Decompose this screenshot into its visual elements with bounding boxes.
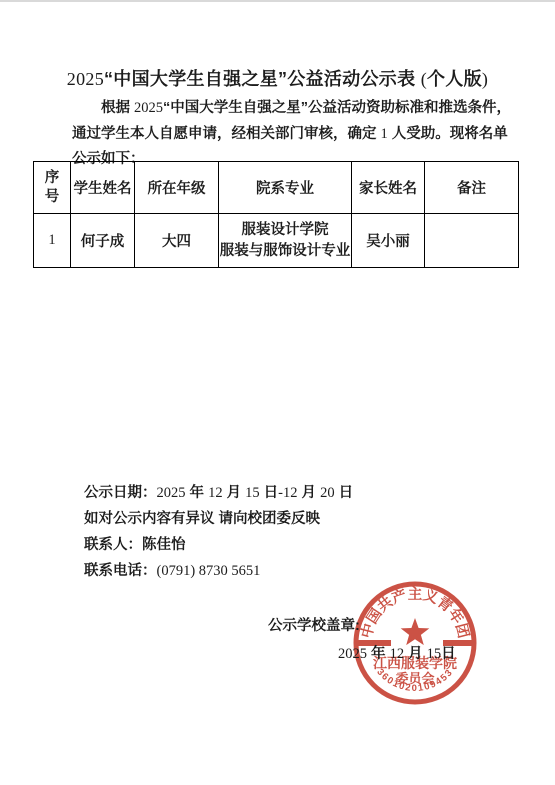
- department-line2: 服装与服饰设计专业: [219, 241, 351, 262]
- intro-line: 根据 2025“中国大学生自强之星”公益活动资助标准和推选条件，: [72, 96, 490, 122]
- publicity-date-line: 公示日期：2025 年 12 月 15 日-12 月 20 日: [84, 480, 353, 506]
- table-header-row: 序号 学生姓名 所在年级 院系专业 家长姓名 备注: [34, 162, 519, 214]
- table-header-student-name: 学生姓名: [71, 162, 135, 214]
- department-line1: 服装设计学院: [219, 220, 351, 241]
- roster-table: 序号 学生姓名 所在年级 院系专业 家长姓名 备注 1 何子成 大四 服装设计学…: [33, 161, 519, 268]
- cell-parent-name: 吴小丽: [352, 214, 425, 268]
- cell-department: 服装设计学院 服装与服饰设计专业: [219, 214, 352, 268]
- cell-no: 1: [34, 214, 71, 268]
- doc-title: 2025“中国大学生自强之星”公益活动公示表 (个人版): [0, 65, 555, 91]
- seal-date: 2025 年 12 月 15日: [338, 642, 456, 663]
- intro-line: 通过学生本人自愿申请，经相关部门审核，确定 1 人受助。现将名单: [72, 122, 490, 148]
- objection-line: 如对公示内容有异议 请向校团委反映: [84, 506, 353, 532]
- footer-info-block: 公示日期：2025 年 12 月 15 日-12 月 20 日 如对公示内容有异…: [84, 480, 353, 584]
- cell-student-name: 何子成: [71, 214, 135, 268]
- seal-caption: 公示学校盖章:: [268, 614, 360, 635]
- table-header-remark: 备注: [425, 162, 519, 214]
- table-header-parent-name: 家长姓名: [352, 162, 425, 214]
- cell-grade: 大四: [135, 214, 219, 268]
- table-row: 1 何子成 大四 服装设计学院 服装与服饰设计专业 吴小丽: [34, 214, 519, 268]
- cell-remark: [425, 214, 519, 268]
- table-header-department: 院系专业: [219, 162, 352, 214]
- document-page: 2025“中国大学生自强之星”公益活动公示表 (个人版) 根据 2025“中国大…: [0, 0, 555, 785]
- page-top-edge: [0, 0, 555, 2]
- table-header-grade: 所在年级: [135, 162, 219, 214]
- contact-person-line: 联系人：陈佳怡: [84, 532, 353, 558]
- contact-phone-line: 联系电话：(0791) 8730 5651: [84, 558, 353, 584]
- table-header-no: 序号: [34, 162, 71, 214]
- table-header-no-label: 序号: [44, 169, 59, 207]
